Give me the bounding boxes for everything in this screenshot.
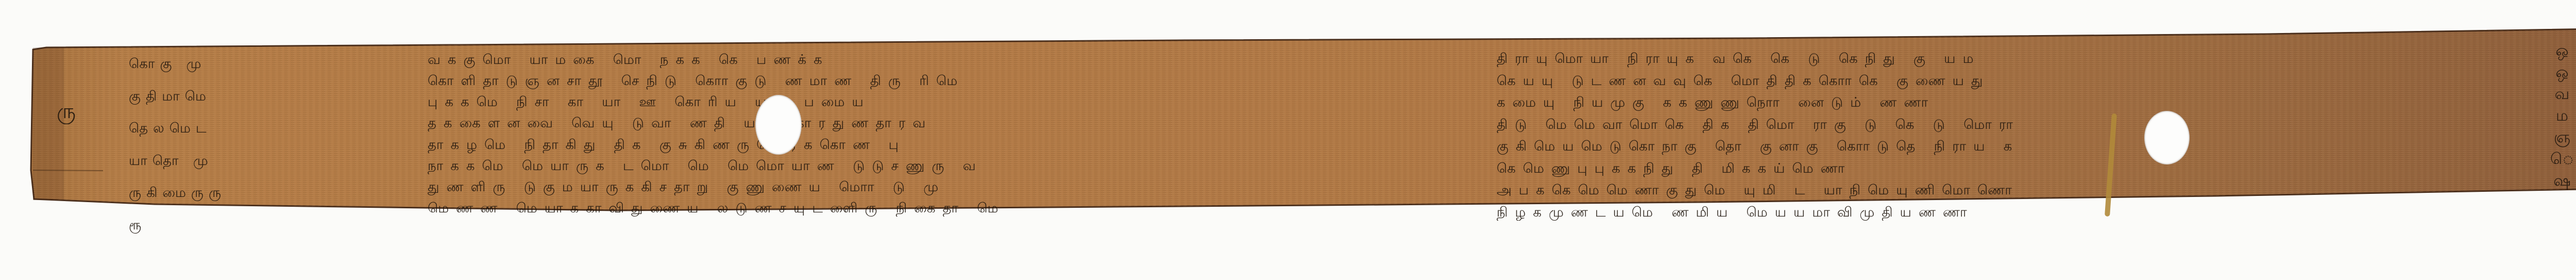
- text-line: தாகழமெ நிதாகிது திக குசுகிணருகொரககொண பு: [428, 137, 1283, 153]
- text-line: தெலமெட: [129, 120, 283, 137]
- text-line: ருகிமைருரு: [129, 185, 283, 201]
- text-line: நாககமெ மெயாருக டமொ மெ மெமொயாண டுடுசணுரு …: [428, 158, 1283, 174]
- text-line: திராயுமொயா நிராயுக வகெ கெ டு கெநிது கு ய…: [1497, 51, 2342, 67]
- text-line: மெணண மெயாககாவிதுணைய லடுணசயுடளைிரு நிகைதா…: [428, 200, 1283, 217]
- text-line: கமையு நியமுகு ககணுணுநொா னைடும் ணணா: [1497, 94, 2342, 111]
- glyph: ஞ: [2554, 127, 2570, 149]
- text-block-1: வககுமொ யாமகை மொ நகக கெ பணக்க கொளிதாடுஞனச…: [428, 52, 1283, 217]
- text-line: வககுமொ யாமகை மொ நகக கெ பணக்க: [428, 52, 1283, 68]
- text-line: துணளிரு டுகுமயாருககிசதாறு குணுணைய மொா டு…: [428, 179, 1283, 195]
- text-line: கெமெணுபுபுககநிது தி மிககய்மெணா: [1497, 160, 2342, 177]
- string-hole-left: [755, 95, 802, 155]
- text-line: யாதொ மு: [129, 153, 283, 169]
- text-line: குதிமாமெ: [129, 88, 283, 105]
- glyph: ெ: [2550, 149, 2574, 170]
- text-line: கொகு மு: [129, 56, 283, 72]
- text-line: புககமெ நிசா கா யா ஊ கொரிய யகு பமைய: [428, 94, 1283, 110]
- side-mark: ரு: [57, 103, 113, 120]
- glyph: ஒ: [2555, 62, 2568, 84]
- text-line: திடு மெமெவாமொகெ திக திமொ ராகு டு கெ டு ம…: [1497, 117, 2342, 133]
- text-block-2: திராயுமொயா நிராயுக வகெ கெ டு கெநிது கு ய…: [1497, 51, 2342, 221]
- glyph: ஒ: [2555, 40, 2568, 62]
- left-side-mark: ரு: [57, 103, 113, 129]
- text-line: தககைளனவை வெயு டுவா ணதி யாககொரதுணதாரவ: [428, 115, 1283, 131]
- glyph: வ: [2555, 84, 2570, 105]
- text-line: அபககெமெமெணாகுதுமெ யுமி ட யாநிமெயுணிமொணொ: [1497, 182, 2342, 199]
- text-line: ரூ: [129, 217, 283, 234]
- glyph: ம: [2556, 105, 2568, 127]
- glyph: ஷ: [2553, 170, 2571, 192]
- vertical-annotation: ஒ ஒ வ ம ஞ ெ ஷ: [2549, 40, 2575, 205]
- left-margin-text: கொகு மு குதிமாமெ தெலமெட யாதொ மு ருகிமைரு…: [129, 56, 283, 234]
- text-line: கெயயு டுடணனவவுகெ மொதிதிககொாகெ குணையது: [1497, 73, 2342, 89]
- text-line: குகிமெயமெடுகொநாகு தொ குனாகு கொாடுதெ நிரா…: [1497, 138, 2342, 155]
- text-line: நிழகமுணடயமெ ணமிய மெயயமாவிமுதியணணா: [1497, 204, 2342, 221]
- manuscript-photo: கொகு மு குதிமாமெ தெலமெட யாதொ மு ருகிமைரு…: [0, 0, 2576, 280]
- string-hole-right: [2144, 111, 2190, 164]
- text-line: கொளிதாடுஞனசாதூ செநிடு கொாகுடு ணமாண திரு …: [428, 73, 1283, 89]
